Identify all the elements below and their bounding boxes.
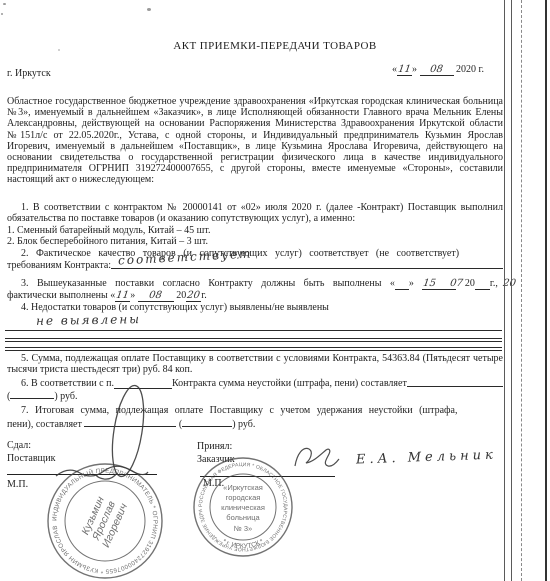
scanned-act-document: АКТ ПРИЕМКИ-ПЕРЕДАЧИ ТОВАРОВ г. Иркутск … — [0, 0, 550, 581]
paren-close: ) руб. — [54, 391, 77, 402]
printed-century: 20 — [176, 290, 186, 301]
date-day-handwritten: 11 — [397, 65, 411, 75]
supplier-seal-label: М.П. — [7, 479, 28, 490]
svg-text:№ 3»: № 3» — [234, 524, 252, 533]
customer-seal-label: М.П. — [203, 478, 224, 489]
supplier-stamp — [48, 464, 162, 578]
clause-7-line2: пени), составляет () руб. — [7, 419, 255, 430]
svg-text:Ярослав: Ярослав — [90, 499, 118, 543]
blank-amount — [84, 426, 176, 427]
clause-3-line1: 3. Вышеуказанные поставки согласно Контр… — [7, 278, 503, 290]
goods-item-1: 1. Сменный батарейный модуль, Китай – 45… — [7, 225, 503, 236]
scan-speck — [147, 8, 151, 11]
scan-line-dashed — [521, 0, 522, 581]
clause-3-line2: фактически выполнены «11» 08 2020г. — [7, 290, 503, 302]
clause-2-line1: 2. Фактическое качество товаров (и сопут… — [7, 248, 503, 259]
customer-party-label: Заказчик — [197, 454, 235, 465]
svg-text:РОССИЙСКАЯ ФЕДЕРАЦИЯ * ОБЛАСТН: РОССИЙСКАЯ ФЕДЕРАЦИЯ * ОБЛАСТНОЕ ГОСУДАР… — [0, 0, 288, 552]
scan-speck — [1, 13, 3, 15]
scan-line — [504, 0, 505, 581]
fact-year-handwritten: 20 — [187, 291, 201, 301]
handed-label: Сдал: — [7, 440, 31, 451]
supplier-pen-oval-stroke — [96, 383, 149, 479]
date-year: 2020 г. — [456, 64, 484, 75]
clause-6-part1: 6. В соответствии с п. — [7, 378, 114, 389]
clause-7-line1: 7. Итоговая сумма, подлежащая оплате Пос… — [7, 405, 503, 416]
clause-4-handwritten-answer: не выявлены — [36, 312, 141, 328]
due-month-handwritten: 07 — [436, 279, 464, 289]
paren-open: ( — [179, 419, 182, 430]
blank-amount-words — [182, 426, 232, 427]
city-label: г. Иркутск — [7, 68, 51, 79]
supplier-signature-line — [7, 474, 157, 475]
year-suffix: г. — [201, 290, 206, 301]
clause-3-lead: 3. Вышеуказанные поставки согласно Контр… — [21, 278, 381, 289]
clause-5: 5. Сумма, подлежащая оплате Поставщику в… — [7, 353, 503, 375]
fact-month-handwritten: 08 — [149, 291, 163, 301]
svg-text:* г. ИРКУТСК *: * г. ИРКУТСК * — [221, 538, 265, 550]
blank-clause-number — [114, 388, 172, 389]
customer-signature-line — [200, 476, 335, 477]
customer-signature-stroke — [295, 448, 339, 466]
document-title: АКТ ПРИЕМКИ-ПЕРЕДАЧИ ТОВАРОВ — [0, 40, 550, 52]
customer-stamp-center-text: «Иркутская городская клиническая больниц… — [221, 483, 265, 533]
svg-text:клиническая: клиническая — [221, 503, 265, 512]
clause-6-line2: () руб. — [7, 391, 78, 402]
paren-close: ) руб. — [232, 419, 255, 430]
ruled-line — [5, 330, 502, 331]
scan-speck — [3, 3, 6, 5]
quote-close: » — [130, 290, 135, 301]
date-month-handwritten: 08 — [429, 65, 443, 75]
ruled-line — [5, 350, 502, 351]
date-quote-close: » — [412, 64, 417, 75]
svg-text:«Иркутская: «Иркутская — [223, 483, 263, 492]
printed-century: 20 — [465, 278, 475, 289]
blank-line — [407, 386, 503, 387]
clause-2-label: требованиям Контракта: — [7, 260, 111, 271]
svg-text:больница: больница — [226, 513, 260, 522]
scan-line — [511, 0, 512, 581]
clause-1: 1. В соответствии с контрактом № 2000014… — [7, 202, 503, 224]
goods-item-2: 2. Блок бесперебойного питания, Китай – … — [7, 236, 503, 247]
customer-stamp — [194, 458, 292, 556]
customer-stamp-ring-text: РОССИЙСКАЯ ФЕДЕРАЦИЯ * ОБЛАСТНОЕ ГОСУДАР… — [0, 0, 288, 552]
clause-2-line2: требованиям Контракта: — [7, 260, 503, 271]
customer-stamp-city-text: * г. ИРКУТСК * — [221, 538, 265, 550]
supplier-party-label: Поставщик — [7, 453, 55, 464]
ruled-line — [5, 347, 502, 348]
svg-text:городская: городская — [226, 493, 261, 502]
paren-open: ( — [7, 391, 10, 402]
document-date: «11» 08 2020 г. — [392, 64, 484, 76]
svg-text:Кузьмин: Кузьмин — [79, 495, 107, 537]
clause-6-line1: 6. В соответствии с п. Контракта сумма н… — [7, 378, 503, 389]
clause-4: 4. Недостатки товаров (и сопутствующих у… — [7, 302, 503, 313]
blank-amount-words — [10, 398, 54, 399]
clause-3-line2-lead: фактически выполнены — [7, 290, 108, 301]
page-edge-line — [545, 0, 547, 581]
ruled-line — [5, 338, 502, 339]
due-year-handwritten: 20 — [488, 279, 516, 289]
supplier-stamp-center-text: Кузьмин Ярослав Игоревич — [78, 491, 130, 549]
customer-signatory-name-handwritten: Е.А. Мельник — [356, 448, 497, 468]
received-label: Принял: — [197, 441, 232, 452]
preamble-paragraph: Областное государственное бюджетное учре… — [7, 96, 503, 186]
blank-line — [111, 268, 503, 269]
ruled-line — [5, 341, 502, 342]
clause-6-part2: Контракта сумма неустойки (штрафа, пени)… — [172, 378, 407, 389]
clause-7-line2-lead: пени), составляет — [7, 419, 82, 430]
fact-day-handwritten: 11 — [116, 291, 130, 301]
svg-text:Игоревич: Игоревич — [100, 501, 130, 549]
due-day-handwritten: 15 — [408, 279, 436, 289]
